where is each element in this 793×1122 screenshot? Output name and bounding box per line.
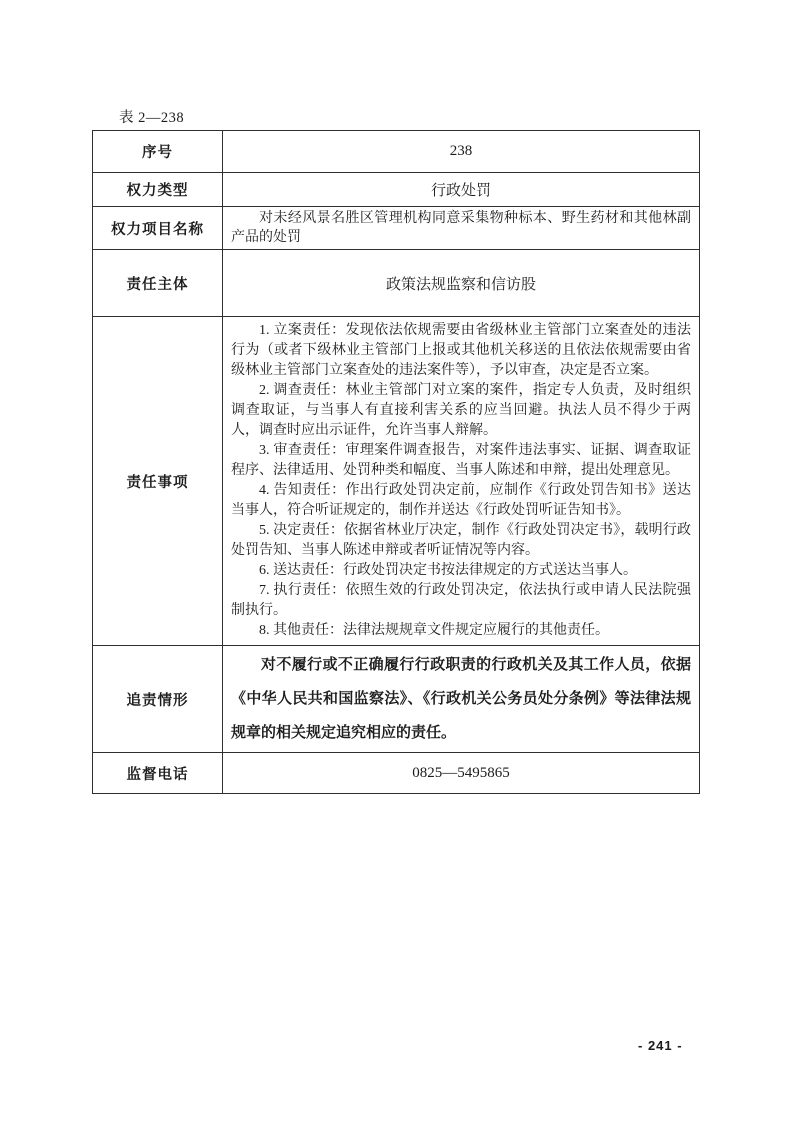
duty-items-list: 1. 立案责任：发现依法依规需要由省级林业主管部门立案查处的违法行为（或者下级林… — [231, 319, 691, 643]
duty-item-5: 5. 决定责任：依据省林业厅决定，制作《行政处罚决定书》，载明行政处罚告知、当事… — [231, 521, 691, 561]
duty-item-2: 2. 调查责任：林业主管部门对立案的案件，指定专人负责，及时组织调查取证，与当事… — [231, 381, 691, 441]
table-row: 责任事项 1. 立案责任：发现依法依规需要由省级林业主管部门立案查处的违法行为（… — [93, 317, 699, 646]
table-caption: 表 2—238 — [119, 106, 184, 127]
responsibility-table: 序号 238 权力类型 行政处罚 权力项目名称 对未经风景名胜区管理机构同意采集… — [92, 130, 700, 794]
row-value-supervision-phone: 0825—5495865 — [223, 753, 699, 793]
row-value-power-type: 行政处罚 — [223, 173, 699, 206]
row-value-serial-number: 238 — [223, 131, 699, 172]
duty-item-1: 1. 立案责任：发现依法依规需要由省级林业主管部门立案查处的违法行为（或者下级林… — [231, 321, 691, 381]
duty-item-7: 7. 执行责任：依照生效的行政处罚决定，依法执行或申请人民法院强制执行。 — [231, 581, 691, 621]
row-label-accountability-circumstances: 追责情形 — [93, 646, 223, 752]
duty-item-8: 8. 其他责任：法律法规规章文件规定应履行的其他责任。 — [231, 621, 691, 641]
row-label-power-type: 权力类型 — [93, 173, 223, 206]
duty-item-4: 4. 告知责任：作出行政处罚决定前，应制作《行政处罚告知书》送达当事人，符合听证… — [231, 481, 691, 521]
table-row: 权力类型 行政处罚 — [93, 173, 699, 207]
row-value-power-item-name: 对未经风景名胜区管理机构同意采集物种标本、野生药材和其他林副产品的处罚 — [223, 207, 699, 249]
row-label-responsible-body: 责任主体 — [93, 250, 223, 316]
table-row: 责任主体 政策法规监察和信访股 — [93, 250, 699, 317]
row-label-duty-items: 责任事项 — [93, 317, 223, 645]
row-label-serial-number: 序号 — [93, 131, 223, 172]
row-value-accountability-circumstances: 对不履行或不正确履行行政职责的行政机关及其工作人员，依据《中华人民共和国监察法》… — [223, 646, 699, 752]
row-label-power-item-name: 权力项目名称 — [93, 207, 223, 249]
duty-item-3: 3. 审查责任：审理案件调查报告，对案件违法事实、证据、调查取证程序、法律适用、… — [231, 441, 691, 481]
duty-item-6: 6. 送达责任：行政处罚决定书按法律规定的方式送达当事人。 — [231, 561, 691, 581]
table-row: 追责情形 对不履行或不正确履行行政职责的行政机关及其工作人员，依据《中华人民共和… — [93, 646, 699, 753]
row-value-duty-items: 1. 立案责任：发现依法依规需要由省级林业主管部门立案查处的违法行为（或者下级林… — [223, 317, 699, 645]
table-row: 序号 238 — [93, 131, 699, 173]
document-page: 表 2—238 序号 238 权力类型 行政处罚 权力项目名称 对未经风景名胜区… — [0, 0, 793, 1122]
power-item-name-text: 对未经风景名胜区管理机构同意采集物种标本、野生药材和其他林副产品的处罚 — [231, 209, 691, 247]
row-label-supervision-phone: 监督电话 — [93, 753, 223, 793]
table-row: 权力项目名称 对未经风景名胜区管理机构同意采集物种标本、野生药材和其他林副产品的… — [93, 207, 699, 250]
table-row: 监督电话 0825—5495865 — [93, 753, 699, 793]
page-number: - 241 - — [638, 1038, 683, 1053]
accountability-text: 对不履行或不正确履行行政职责的行政机关及其工作人员，依据《中华人民共和国监察法》… — [231, 648, 691, 750]
row-value-responsible-body: 政策法规监察和信访股 — [223, 250, 699, 316]
